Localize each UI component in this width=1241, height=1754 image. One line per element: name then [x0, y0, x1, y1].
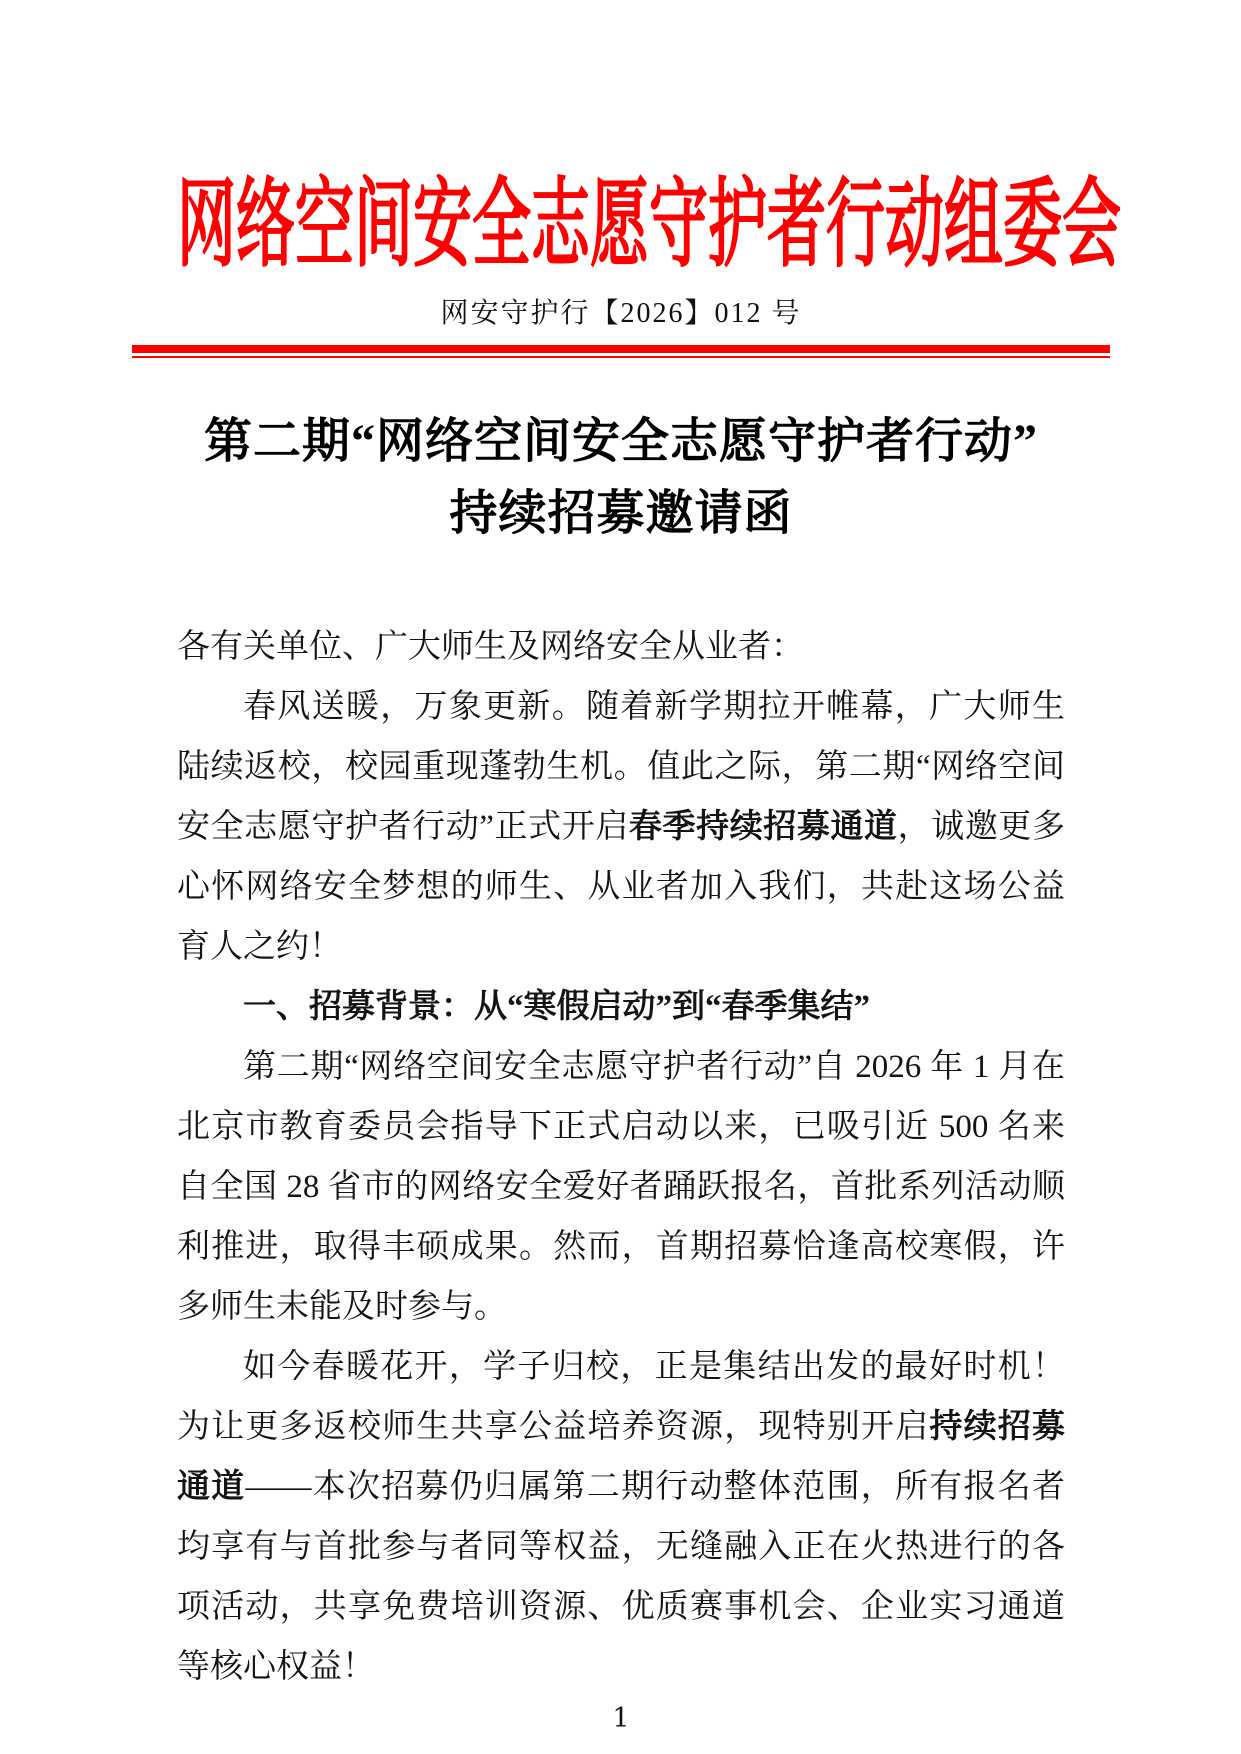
document-header: 网络空间安全志愿守护者行动组委会 网安守护行【2026】012 号	[177, 177, 1065, 358]
document-title-line-1: 第二期“网络空间安全志愿守护者行动”	[204, 415, 1038, 468]
section-heading-recruit-background: 一、招募背景：从“寒假启动”到“春季集结”	[177, 977, 1065, 1037]
org-title: 网络空间安全志愿守护者行动组委会	[177, 145, 1065, 305]
document-title: 第二期“网络空间安全志愿守护者行动” 持续招募邀请函	[177, 406, 1065, 550]
body-text: ——本次招募仍归属第二期行动整体范围，所有报名者均享有与首批参与者同等权益，无缝…	[177, 1469, 1065, 1685]
emphasized-text: 春季持续招募通道	[629, 809, 898, 845]
paragraph-opening: 春风送暖，万象更新。随着新学期拉开帷幕，广大师生陆续返校，校园重现蓬勃生机。值此…	[177, 677, 1065, 977]
document-body: 各有关单位、广大师生及网络安全从业者： 春风送暖，万象更新。随着新学期拉开帷幕，…	[177, 617, 1065, 1697]
red-separator-line	[132, 345, 1110, 358]
body-text: 第二期“网络空间安全志愿守护者行动”自 2026 年 1 月在北京市教育委员会指…	[177, 1049, 1065, 1325]
document-page: 网络空间安全志愿守护者行动组委会 网安守护行【2026】012 号 第二期“网络…	[0, 0, 1241, 1754]
emphasized-text: 一、招募背景：从“寒假启动”到“春季集结”	[243, 989, 870, 1025]
paragraph-background: 第二期“网络空间安全志愿守护者行动”自 2026 年 1 月在北京市教育委员会指…	[177, 1037, 1065, 1337]
page-number: 1	[612, 1699, 629, 1739]
document-title-line-2: 持续招募邀请函	[449, 487, 792, 540]
document-main: 第二期“网络空间安全志愿守护者行动” 持续招募邀请函 各有关单位、广大师生及网络…	[177, 406, 1065, 1697]
paragraph-spring-recruit: 如今春暖花开，学子归校，正是集结出发的最好时机！为让更多返校师生共享公益培养资源…	[177, 1337, 1065, 1697]
document-footer: 1	[177, 1699, 1065, 1739]
red-rule-thin-bar	[132, 356, 1110, 358]
salutation: 各有关单位、广大师生及网络安全从业者：	[177, 617, 1065, 677]
red-rule-thick-bar	[132, 345, 1110, 353]
